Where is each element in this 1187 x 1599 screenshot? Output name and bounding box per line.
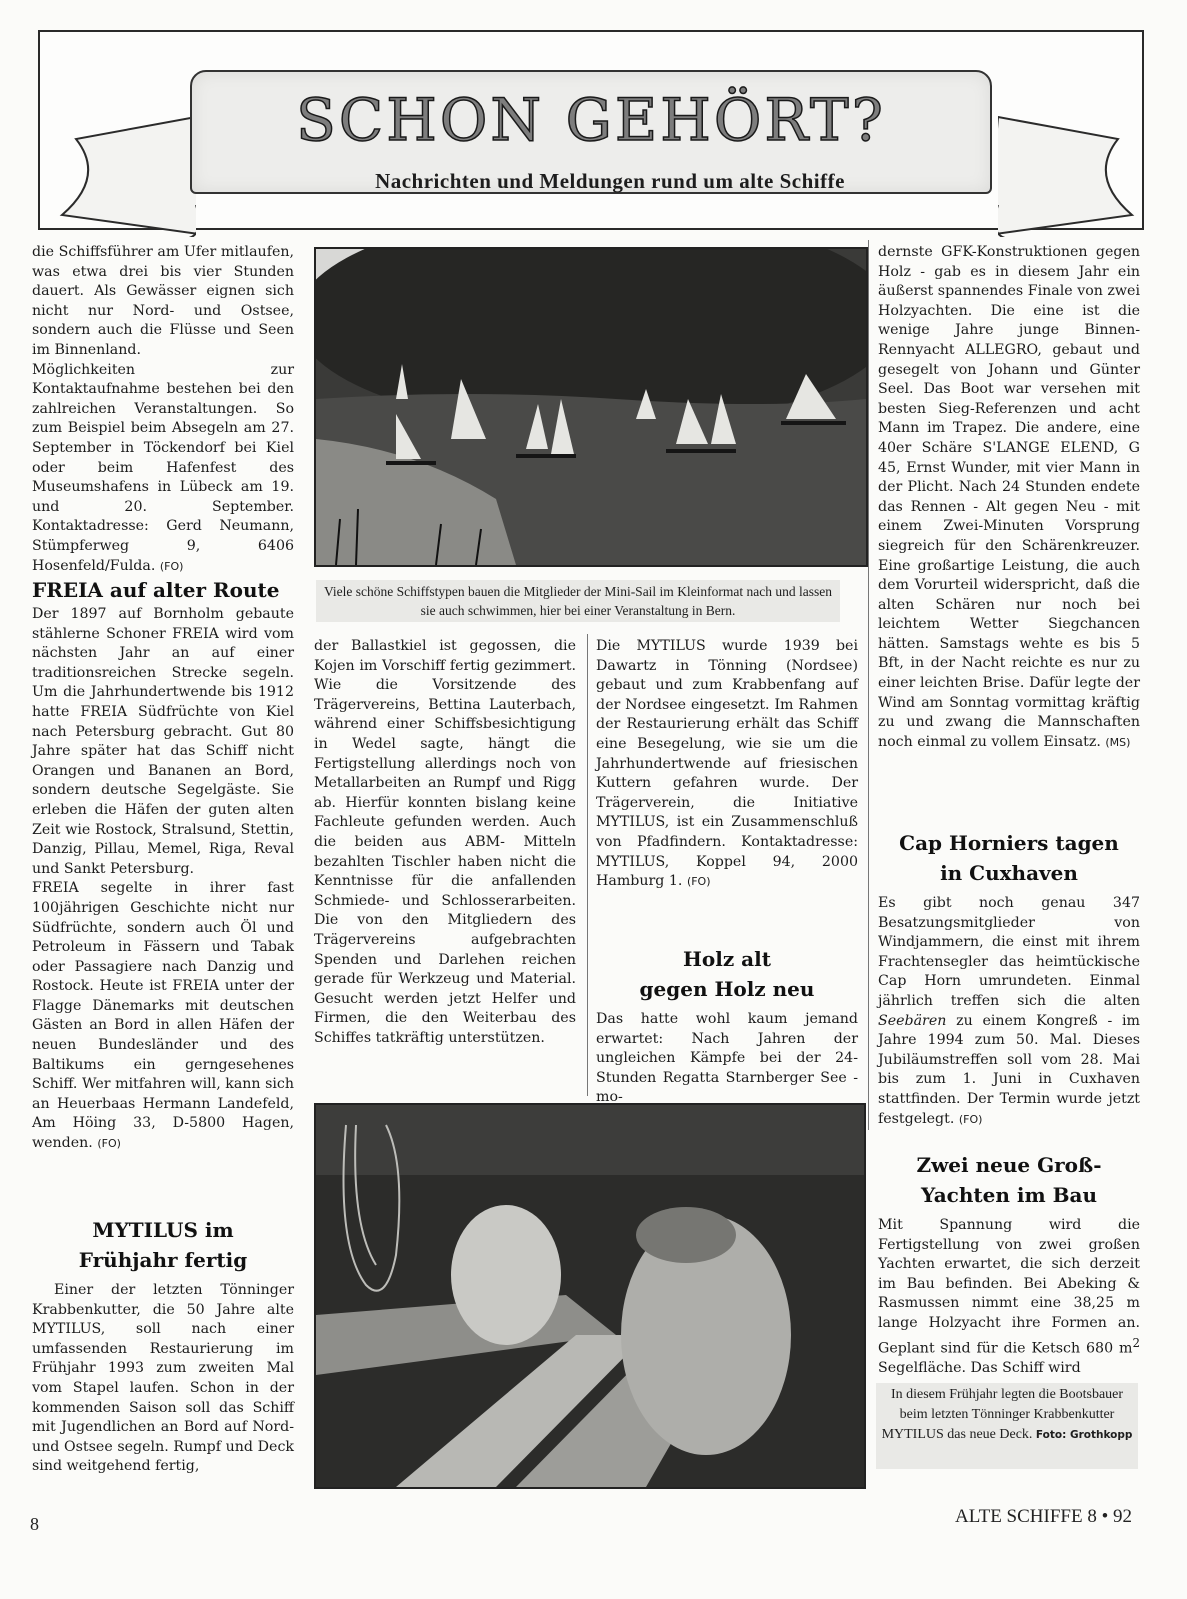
publication-name: ALTE SCHIFFE <box>955 1506 1083 1527</box>
mytilus-history-paragraph: Die MYTILUS wurde 1939 bei Dawartz in Tö… <box>596 637 858 892</box>
photo-credit: Foto: Grothkopp <box>1036 1429 1133 1441</box>
article-mytilus: MYTILUS im Frühjahr fertig Einer der let… <box>32 1215 294 1477</box>
headline-mytilus-line2: Frühjahr fertig <box>32 1245 294 1275</box>
page-number: 8 <box>30 1514 39 1535</box>
intro-paragraph: die Schiffsführer am Ufer mitlaufen, was… <box>32 243 294 361</box>
article-cap-horniers: Cap Horniers tagen in Cuxhaven Es gibt n… <box>878 828 1140 1129</box>
author-credit: (FO) <box>160 560 184 573</box>
photo-model-ships <box>314 247 868 567</box>
headline-yachten-line2: Yachten im Bau <box>878 1180 1140 1210</box>
column-3: Die MYTILUS wurde 1939 bei Dawartz in Tö… <box>596 637 858 892</box>
headline-cap-line1: Cap Horniers tagen <box>878 828 1140 858</box>
holz-paragraph: Das hatte wohl kaum jemand erwartet: Nac… <box>596 1010 858 1108</box>
headline-cap-line2: in Cuxhaven <box>878 858 1140 888</box>
ribbon-right-icon <box>998 87 1138 237</box>
boat-builders-photo-icon <box>316 1105 864 1487</box>
freia-paragraph-2: FREIA segelte in ihrer fast 100jährigen … <box>32 879 294 1153</box>
column-1: die Schiffsführer am Ufer mitlaufen, was… <box>32 243 294 576</box>
photo-boat-builders <box>314 1103 866 1489</box>
column-2: der Ballastkiel ist gegossen, die Kojen … <box>314 637 576 1048</box>
headline-yachten-line1: Zwei neue Groß- <box>878 1150 1140 1180</box>
photo-caption-model-ships: Viele schöne Schiffstypen bauen die Mitg… <box>316 580 840 622</box>
yachten-paragraph: Mit Spannung wird die Fertigstellung von… <box>878 1216 1140 1378</box>
publication-footer: ALTE SCHIFFE 8 • 92 <box>955 1506 1132 1528</box>
column-divider <box>587 634 588 1096</box>
author-credit: (MS) <box>1105 736 1130 749</box>
model-ships-photo-icon <box>316 249 866 565</box>
article-freia: FREIA auf alter Route Der 1897 auf Bornh… <box>32 575 294 1154</box>
ribbon-left-icon <box>56 87 196 237</box>
freia-paragraph-1: Der 1897 auf Bornholm gebaute stählerne … <box>32 605 294 879</box>
contact-paragraph: Möglichkeiten zur Kontaktaufnahme besteh… <box>32 361 294 577</box>
article-holz: Holz alt gegen Holz neu Das hatte wohl k… <box>596 944 858 1108</box>
page-title: SCHON GEHÖRT? <box>192 86 990 154</box>
mytilus-continued-paragraph: der Ballastkiel ist gegossen, die Kojen … <box>314 637 576 1048</box>
holz-continued-paragraph: dernste GFK-Konstruktionen gegen Holz - … <box>878 243 1140 752</box>
masthead: SCHON GEHÖRT? Nachrichten und Meldungen … <box>38 30 1144 230</box>
headline-holz-line1: Holz alt <box>596 944 858 974</box>
article-yachten: Zwei neue Groß- Yachten im Bau Mit Spann… <box>878 1150 1140 1378</box>
cap-paragraph: Es gibt noch genau 347 Besatzungsmitglie… <box>878 894 1140 1129</box>
mytilus-paragraph: Einer der letzten Tönninger Krabbenkutte… <box>32 1281 294 1477</box>
headline-holz-line2: gegen Holz neu <box>596 974 858 1004</box>
author-credit: (FO) <box>687 875 711 888</box>
photo-caption-boat-builders: In diesem Frühjahr legten die Bootsbauer… <box>876 1383 1138 1469</box>
headline-freia: FREIA auf alter Route <box>32 575 294 605</box>
column-divider <box>868 240 869 1130</box>
headline-mytilus-line1: MYTILUS im <box>32 1215 294 1245</box>
page-subtitle: Nachrichten und Meldungen rund um alte S… <box>230 169 990 194</box>
issue-number: 8 • 92 <box>1087 1506 1132 1527</box>
author-credit: (FO) <box>959 1113 983 1126</box>
column-4: dernste GFK-Konstruktionen gegen Holz - … <box>878 243 1140 752</box>
author-credit: (FO) <box>97 1137 121 1150</box>
